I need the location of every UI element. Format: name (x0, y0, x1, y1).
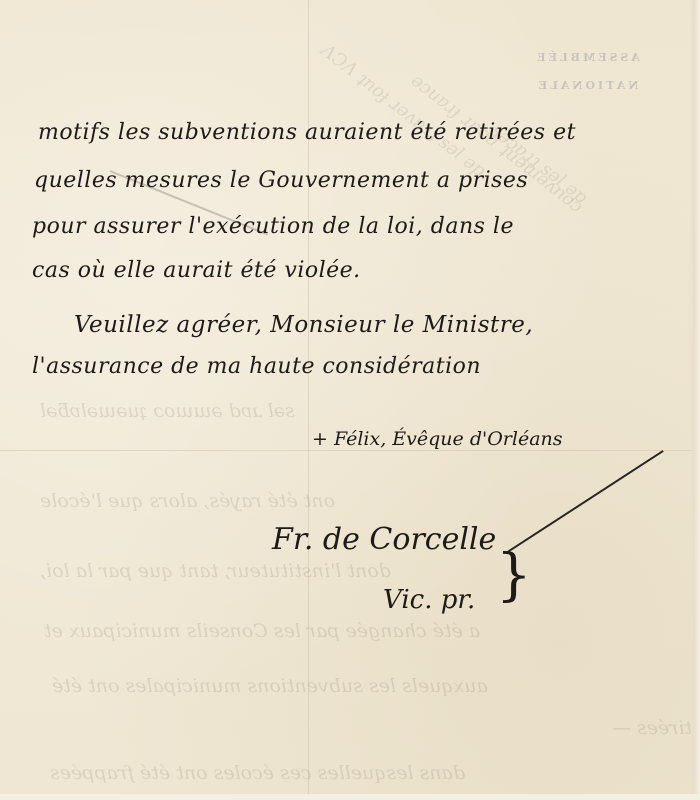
bleed-line-2: dont l'instituteur, tant que par la loi, (40, 560, 391, 582)
closing-line-2: l'assurance de ma haute considération (32, 354, 481, 379)
bleed-line-6: dans lesquelles ces écoles ont été frapp… (50, 762, 465, 784)
paper-fold-horizontal (0, 450, 700, 451)
body-line-4: cas où elle aurait été violée. (32, 258, 361, 283)
body-line-3: pour assurer l'exécution de la loi, dans… (32, 214, 514, 239)
signature-brace: } (496, 548, 532, 604)
body-line-2: quelles mesures le Gouvernement a prises (34, 168, 528, 193)
paper-edge-right (688, 0, 700, 800)
signature-title: Vic. pr. (383, 585, 475, 615)
bleed-line-3: a été changée par les Conseils municipau… (44, 620, 480, 642)
letterhead-line-1: ASSEMBLÉE (512, 44, 662, 72)
bleed-line-0: sǝl ɹɐd ǝɯɯoɔ ʇuǝɯǝlɐƃǝl (40, 400, 295, 422)
bleed-line-4: auxquels les subventions municipales ont… (52, 675, 488, 697)
bleed-line-5: retirées — (612, 717, 700, 739)
letterhead-bleed-through: ASSEMBLÉE NATIONALE (512, 44, 662, 100)
bleed-line-1: ont été rayés, alors que l'école (40, 490, 335, 512)
signature-corcelle: Fr. de Corcelle (272, 522, 496, 557)
paper-edge-bottom (0, 794, 700, 800)
signature-flourish-stroke (507, 450, 663, 552)
signature-bishop: + Félix, Évêque d'Orléans (312, 428, 563, 450)
letterhead-line-2: NATIONALE (512, 72, 662, 100)
body-line-1: motifs les subventions auraient été reti… (38, 120, 576, 145)
closing-line-1: Veuillez agréer, Monsieur le Ministre, (74, 312, 533, 338)
letter-page: ASSEMBLÉE NATIONALE ΛϽΛ ʇnoɟ ɹǝʌɐɹʇ sǝl … (0, 0, 700, 800)
